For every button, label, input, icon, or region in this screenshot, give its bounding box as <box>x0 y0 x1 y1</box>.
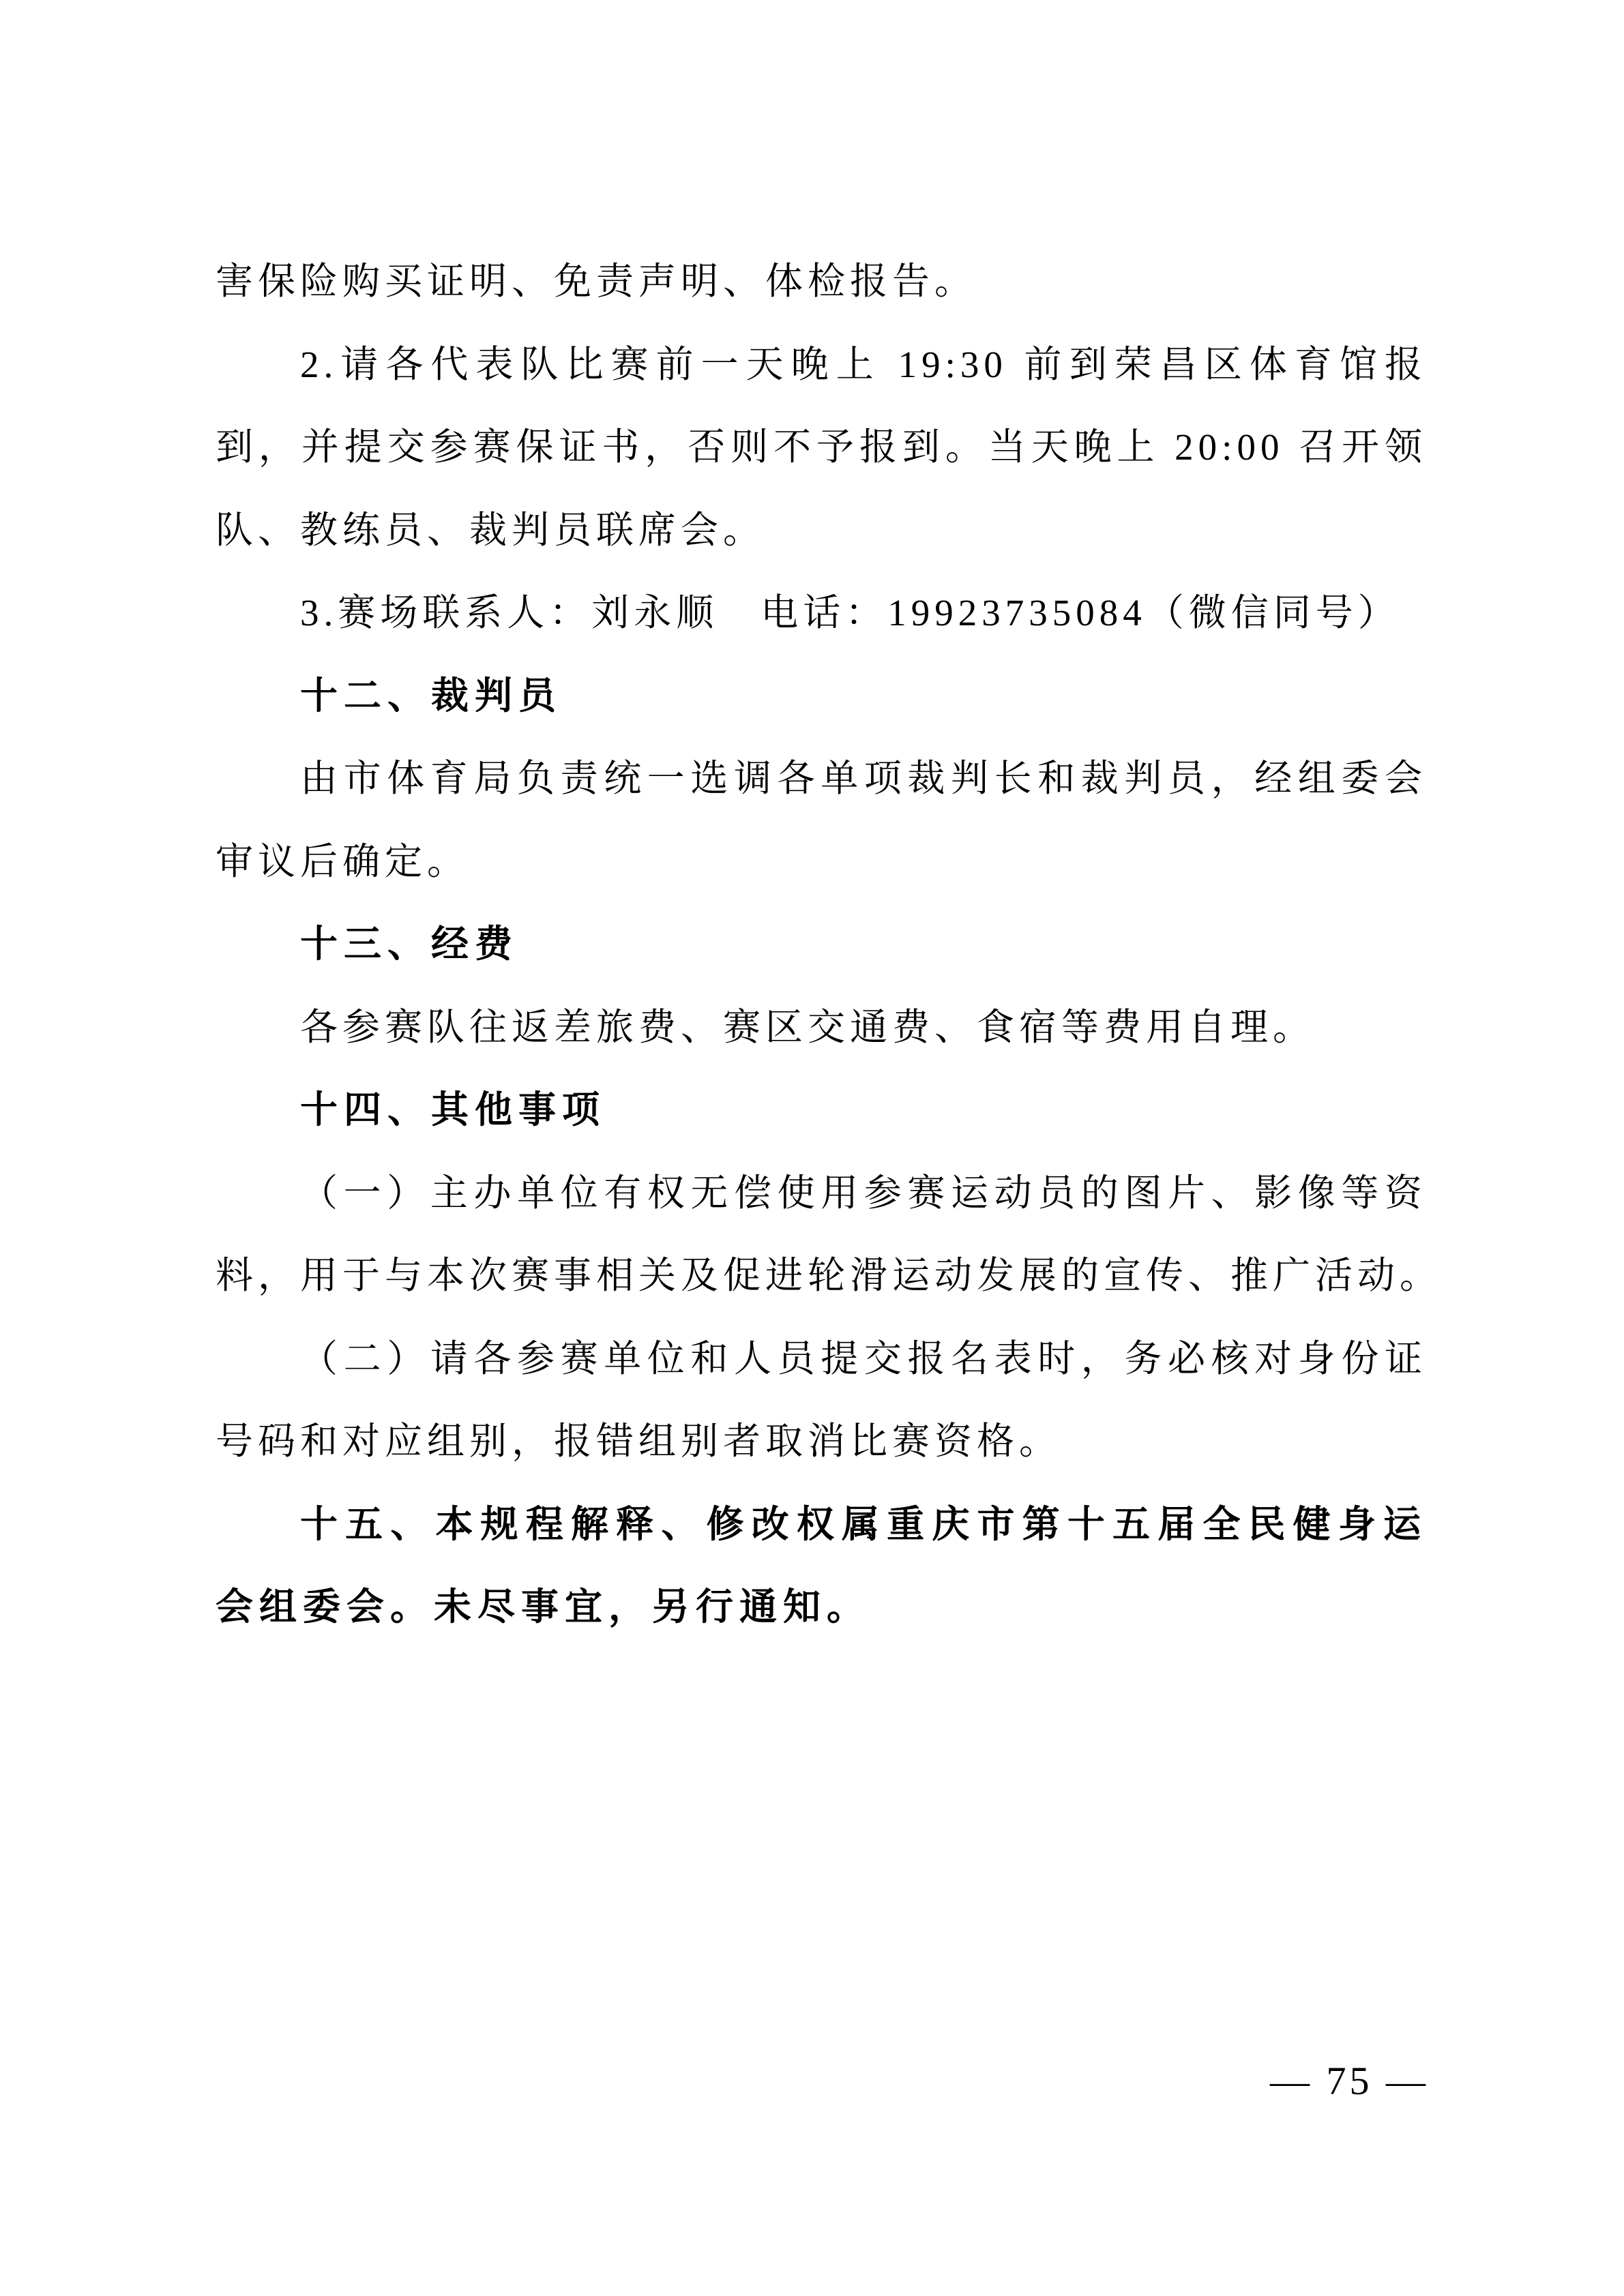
heading-line: 十三、经费 <box>216 903 1427 986</box>
text-line: 料，用于与本次赛事相关及促进轮滑运动发展的宣传、推广活动。 <box>216 1234 1427 1317</box>
text-line: （一）主办单位有权无偿使用参赛运动员的图片、影像等资 <box>216 1152 1427 1235</box>
text-line: 害保险购买证明、免责声明、体检报告。 <box>216 240 1427 323</box>
text-line: 号码和对应组别，报错组别者取消比赛资格。 <box>216 1400 1427 1483</box>
text-line: 由市体育局负责统一选调各单项裁判长和裁判员，经组委会 <box>216 737 1427 820</box>
heading-line: 十四、其他事项 <box>216 1069 1427 1152</box>
document-body: 害保险购买证明、免责声明、体检报告。2.请各代表队比赛前一天晚上 19:30 前… <box>216 240 1427 1649</box>
page-number: — 75 — <box>1270 2054 1429 2108</box>
heading-line: 十二、裁判员 <box>216 655 1427 738</box>
document-page: 害保险购买证明、免责声明、体检报告。2.请各代表队比赛前一天晚上 19:30 前… <box>0 0 1624 2296</box>
heading-line: 会组委会。未尽事宜，另行通知。 <box>216 1566 1427 1649</box>
heading-line: 十五、本规程解释、修改权属重庆市第十五届全民健身运动 <box>216 1483 1427 1566</box>
text-line: 队、教练员、裁判员联席会。 <box>216 489 1427 572</box>
text-line: （二）请各参赛单位和人员提交报名表时，务必核对身份证 <box>216 1317 1427 1401</box>
text-line: 各参赛队往返差旅费、赛区交通费、食宿等费用自理。 <box>216 986 1427 1069</box>
text-line: 2.请各代表队比赛前一天晚上 19:30 前到荣昌区体育馆报 <box>216 323 1427 406</box>
text-line: 3.赛场联系人：刘永顺 电话：19923735084（微信同号） <box>216 571 1427 655</box>
text-line: 审议后确定。 <box>216 820 1427 904</box>
text-line: 到，并提交参赛保证书，否则不予报到。当天晚上 20:00 召开领 <box>216 406 1427 489</box>
